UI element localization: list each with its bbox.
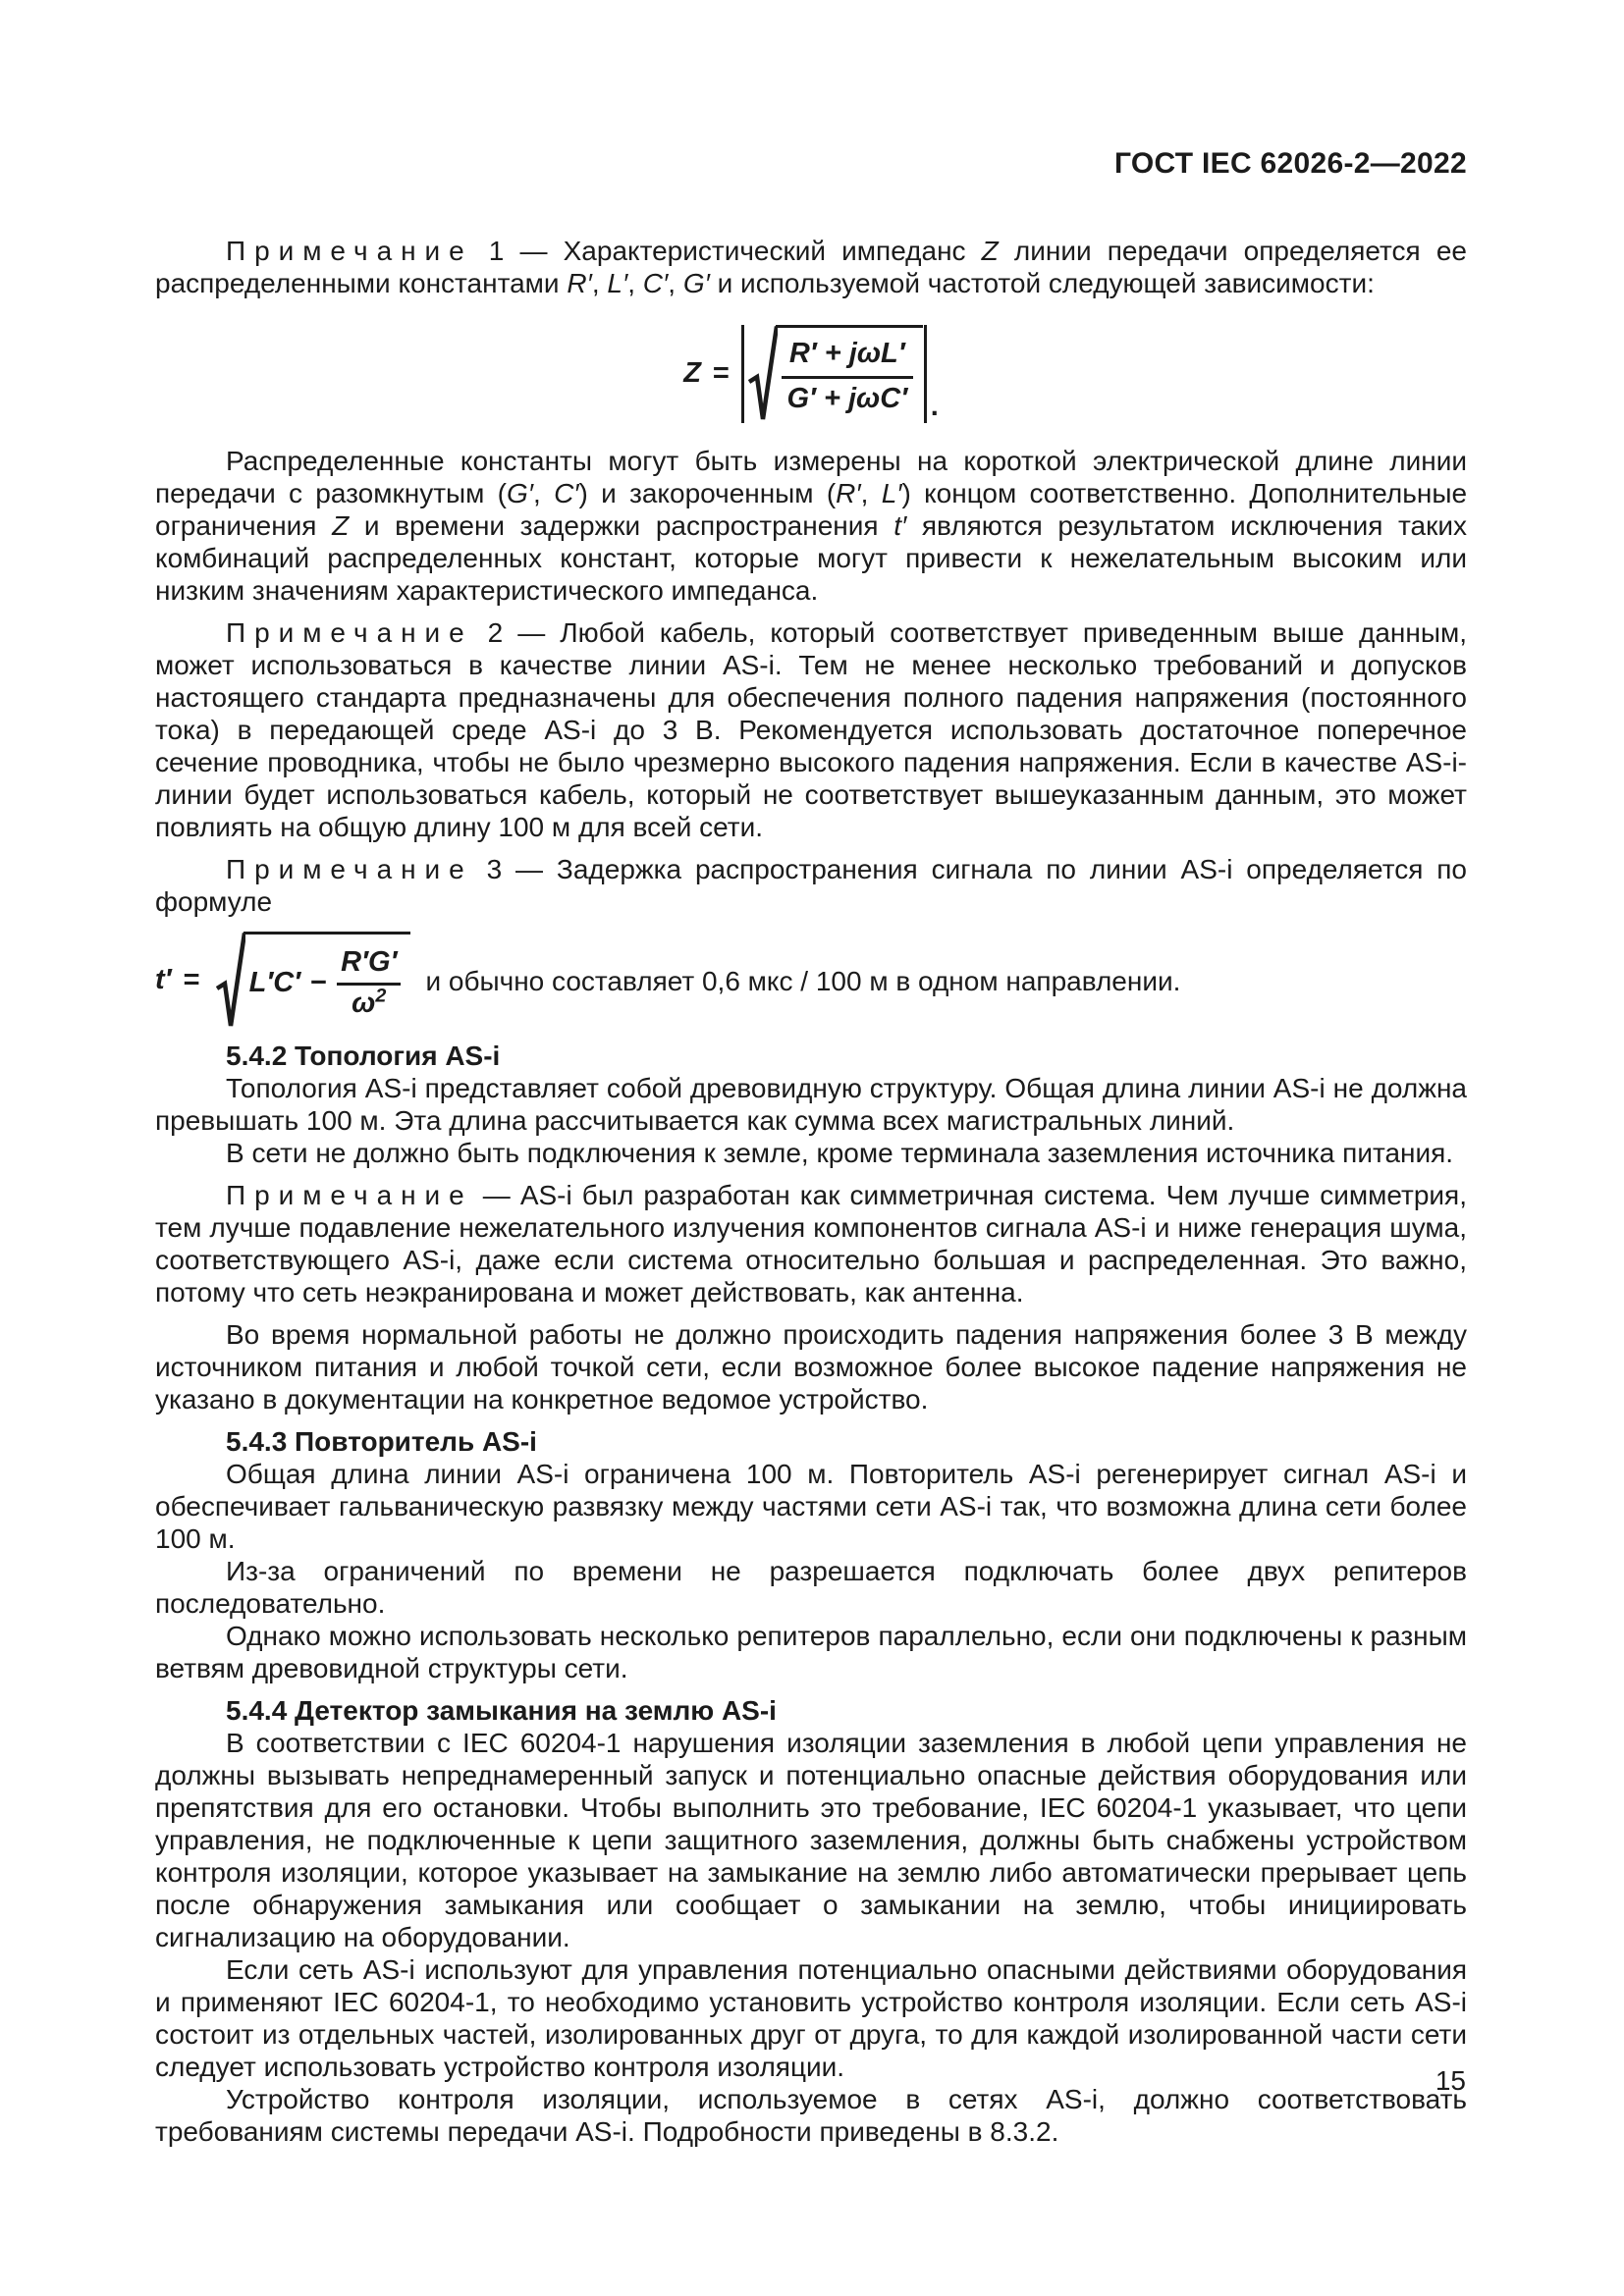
note-3-lead: Примечание 3 — Задержка распространения … xyxy=(155,853,1467,918)
para-repeater-series: Из-за ограничений по времени не разрешае… xyxy=(155,1555,1467,1620)
equals-sign: = xyxy=(184,965,200,996)
para-voltage-drop: Во время нормальной работы не должно про… xyxy=(155,1318,1467,1415)
fraction-denominator: ω2 xyxy=(352,986,386,1020)
square-root: R′ + jωL′ G′ + jωC′ xyxy=(748,325,923,423)
impedance-formula: Z = R′ + jωL′ G′ + jωC′ . xyxy=(155,325,1467,423)
formula-lhs: t′ xyxy=(155,965,172,996)
fraction: R′G′ ω2 xyxy=(337,947,401,1020)
radical-icon xyxy=(216,932,245,1030)
abs-bar-right xyxy=(924,325,927,423)
radicand: R′ + jωL′ G′ + jωC′ xyxy=(776,325,923,423)
para-topology-length: Топология AS-i представляет собой древов… xyxy=(155,1072,1467,1137)
page-content: ГОСТ IEC 62026-2—2022 Примечание 1 — Хар… xyxy=(155,0,1467,2148)
absolute-value-group: R′ + jωL′ G′ + jωC′ xyxy=(741,325,927,423)
note-2: Примечание 2 — Любой кабель, который соо… xyxy=(155,616,1467,843)
note-symmetry: Примечание — AS-i был разработан как сим… xyxy=(155,1179,1467,1308)
fraction: R′ + jωL′ G′ + jωC′ xyxy=(782,338,913,415)
para-topology-ground: В сети не должно быть подключения к земл… xyxy=(155,1137,1467,1169)
delay-formula-tail: и обычно составляет 0,6 мкс / 100 м в од… xyxy=(425,965,1180,997)
para-ground-fault-monitor: Если сеть AS-i используют для управления… xyxy=(155,1953,1467,2083)
radicand-term: L′C′ xyxy=(249,968,301,999)
radicand: L′C′ − R′G′ ω2 xyxy=(244,932,411,1030)
delay-formula-row: t′ = L′C′ − R′G′ ω2 и обыч xyxy=(155,932,1467,1030)
fraction-numerator: R′ + jωL′ xyxy=(782,338,913,378)
radical-icon xyxy=(748,325,778,423)
heading-5-4-2: 5.4.2 Топология AS-i xyxy=(155,1040,1467,1072)
formula-period: . xyxy=(931,391,939,423)
para-ground-fault-iec: В соответствии с IEC 60204-1 нарушения и… xyxy=(155,1727,1467,1953)
para-repeater-length: Общая длина линии AS-i ограничена 100 м.… xyxy=(155,1458,1467,1555)
page-number: 15 xyxy=(1435,2064,1466,2097)
minus-sign: − xyxy=(310,968,327,999)
heading-5-4-4: 5.4.4 Детектор замыкания на землю AS-i xyxy=(155,1694,1467,1727)
fraction-denominator: G′ + jωC′ xyxy=(786,379,907,415)
abs-bar-left xyxy=(741,325,744,423)
running-header: ГОСТ IEC 62026-2—2022 xyxy=(155,147,1467,180)
note-1: Примечание 1 — Характеристический импеда… xyxy=(155,235,1467,299)
para-distributed-constants: Распределенные константы могут быть изме… xyxy=(155,445,1467,607)
square-root: L′C′ − R′G′ ω2 xyxy=(216,932,411,1030)
document-page: ГОСТ IEC 62026-2—2022 Примечание 1 — Хар… xyxy=(0,0,1624,2296)
para-ground-fault-ref: Устройство контроля изоляции, используем… xyxy=(155,2083,1467,2148)
delay-formula: t′ = L′C′ − R′G′ ω2 xyxy=(155,932,411,1030)
formula-lhs: Z xyxy=(683,357,701,390)
fraction-numerator: R′G′ xyxy=(337,947,401,986)
exponent: 2 xyxy=(375,985,386,1006)
para-repeater-parallel: Однако можно использовать несколько репи… xyxy=(155,1620,1467,1684)
equals-sign: = xyxy=(713,357,730,390)
heading-5-4-3: 5.4.3 Повторитель AS-i xyxy=(155,1425,1467,1458)
omega: ω xyxy=(352,988,375,1019)
